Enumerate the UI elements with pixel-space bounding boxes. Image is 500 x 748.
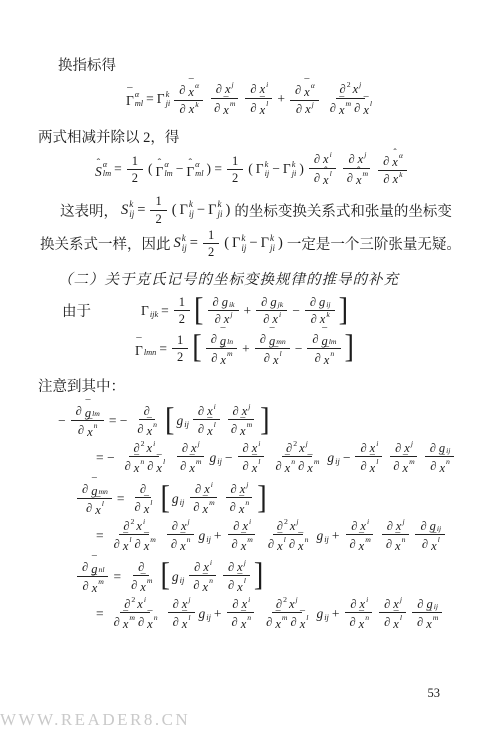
watermark: WWW.READER8.CN <box>0 710 190 730</box>
formula-dg-lm-line2: = −∂2xi∂¯xn∂¯xl∂xj∂¯xmgij−∂xi∂¯xl∂2xj∂¯x… <box>94 441 457 475</box>
para-this-shows-line1: 这表明，Skij=12(Γkij−Γkji)的坐标变换关系式和张量的坐标变 <box>38 194 466 226</box>
para-this-shows-line2: 换关系式一样，因此Skij=12(Γkij−Γkji)一定是一个三阶张量无疑。 <box>38 228 466 260</box>
para-change-index: 换指标得 <box>38 56 466 76</box>
formula-christoffel-first-kind-barred: ¯Γlmn=12[∂¯gln∂¯xm+∂¯gmn∂¯xl−∂¯glm∂¯xn] <box>134 331 355 367</box>
formula-dg-nl-line1: ∂¯gnl∂¯xm=∂∂¯xm[gij∂xi∂¯xn∂xj∂¯xl] <box>74 559 264 595</box>
formula-dg-nl-line2: =∂2xi∂¯xm∂¯xn∂xj∂¯xlgij+∂xi∂¯xn∂2xj∂¯xm∂… <box>94 597 445 631</box>
formula-dg-lm-line1: −∂¯glm∂¯xn= −∂∂¯xn[gij∂xi∂¯xl∂xj∂¯xm] <box>56 403 271 439</box>
page-number: 53 <box>428 686 441 701</box>
formula-dg-mn-line2: =∂2xi∂¯xl∂¯xm∂xj∂¯xngij+∂xi∂¯xm∂2xj∂¯xl∂… <box>94 519 448 553</box>
formula-torsion-tensor-wrap: ˆSαlm=12(ˆΓαlm−ˆΓαml) =12(Γkij−Γkji)∂xi∂… <box>38 152 466 186</box>
para-subtract-divide: 两式相减并除以 2，得 <box>38 128 466 148</box>
formula-dg-mn-line1: ∂¯gmn∂¯xl=∂∂¯xl[gij∂xi∂¯xm∂xj∂¯xn] <box>74 481 268 517</box>
formula-christoffel-first-kind: Γijk=12[∂gik∂xj+∂gjk∂xi−∂gij∂xk] <box>140 295 349 327</box>
para-note: 注意到其中： <box>38 377 466 397</box>
formula-gamma-bar-transform: ¯Γαml=Γkji∂¯xα∂xk∂xj∂¯xm∂xi∂¯xl+∂¯xα∂xj∂… <box>125 82 379 116</box>
book-page: 换指标得 ¯Γαml=Γkji∂¯xα∂xk∂xj∂¯xm∂xi∂¯xl+∂¯x… <box>0 0 500 748</box>
label-since: 由于 <box>62 300 140 321</box>
since-row: 由于 Γijk=12[∂gik∂xj+∂gjk∂xi−∂gij∂xk] <box>62 295 466 327</box>
page-content: 换指标得 ¯Γαml=Γkji∂¯xα∂xk∂xj∂¯xm∂xi∂¯xl+∂¯x… <box>0 0 500 631</box>
formula-torsion-tensor: ˆSαlm=12(ˆΓαlm−ˆΓαml) =12(Γkij−Γkji)∂xi∂… <box>94 152 410 186</box>
formula-gamma-bar-transform-wrap: ¯Γαml=Γkji∂¯xα∂xk∂xj∂¯xm∂xi∂¯xl+∂¯xα∂xj∂… <box>38 82 466 116</box>
section-heading-supplement: （二）关于克氏记号的坐标变换规律的推导的补充 <box>38 268 466 289</box>
